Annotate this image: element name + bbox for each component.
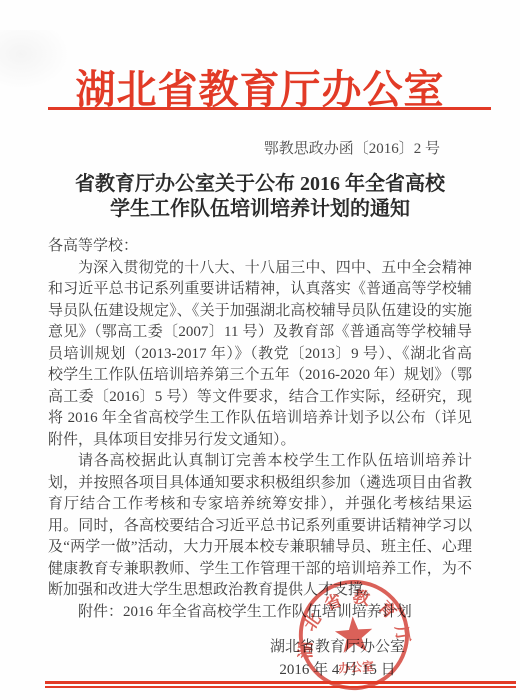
signature-block: 湖北省教育厅办公室 2016 年 4 月 15 日 — [270, 636, 405, 682]
document-body: 各高等学校： 为深入贯彻党的十八大、十八届三中、四中、五中全会精神和习近平总书记… — [48, 236, 472, 623]
doc-number: 鄂教思政办函〔2016〕2 号 — [264, 137, 440, 158]
document-title: 省教育厅办公室关于公布 2016 年全省高校 学生工作队伍培训培养计划的通知 — [30, 172, 490, 222]
document-title-line-1: 省教育厅办公室关于公布 2016 年全省高校 — [30, 172, 490, 197]
attachment-line: 附件：2016 年全省高校学生工作队伍培训培养计划 — [48, 602, 472, 624]
document-title-line-2: 学生工作队伍培训培养计划的通知 — [30, 197, 490, 222]
body-paragraph-2: 请各高校据此认真制订完善本校学生工作队伍培训培养计划，并按照各项目具体通知要求积… — [48, 451, 472, 602]
letterhead-rule — [48, 107, 491, 110]
bottom-rule — [45, 681, 516, 688]
signer-name: 湖北省教育厅办公室 — [270, 636, 405, 659]
body-paragraph-1: 为深入贯彻党的十八大、十八届三中、四中、五中全会精神和习近平总书记系列重要讲话精… — [48, 258, 472, 452]
document-page: 湖北省教育厅办公室 鄂教思政办函〔2016〕2 号 省教育厅办公室关于公布 20… — [0, 0, 520, 700]
salutation: 各高等学校： — [48, 236, 472, 258]
sign-date: 2016 年 4 月 15 日 — [270, 659, 405, 682]
